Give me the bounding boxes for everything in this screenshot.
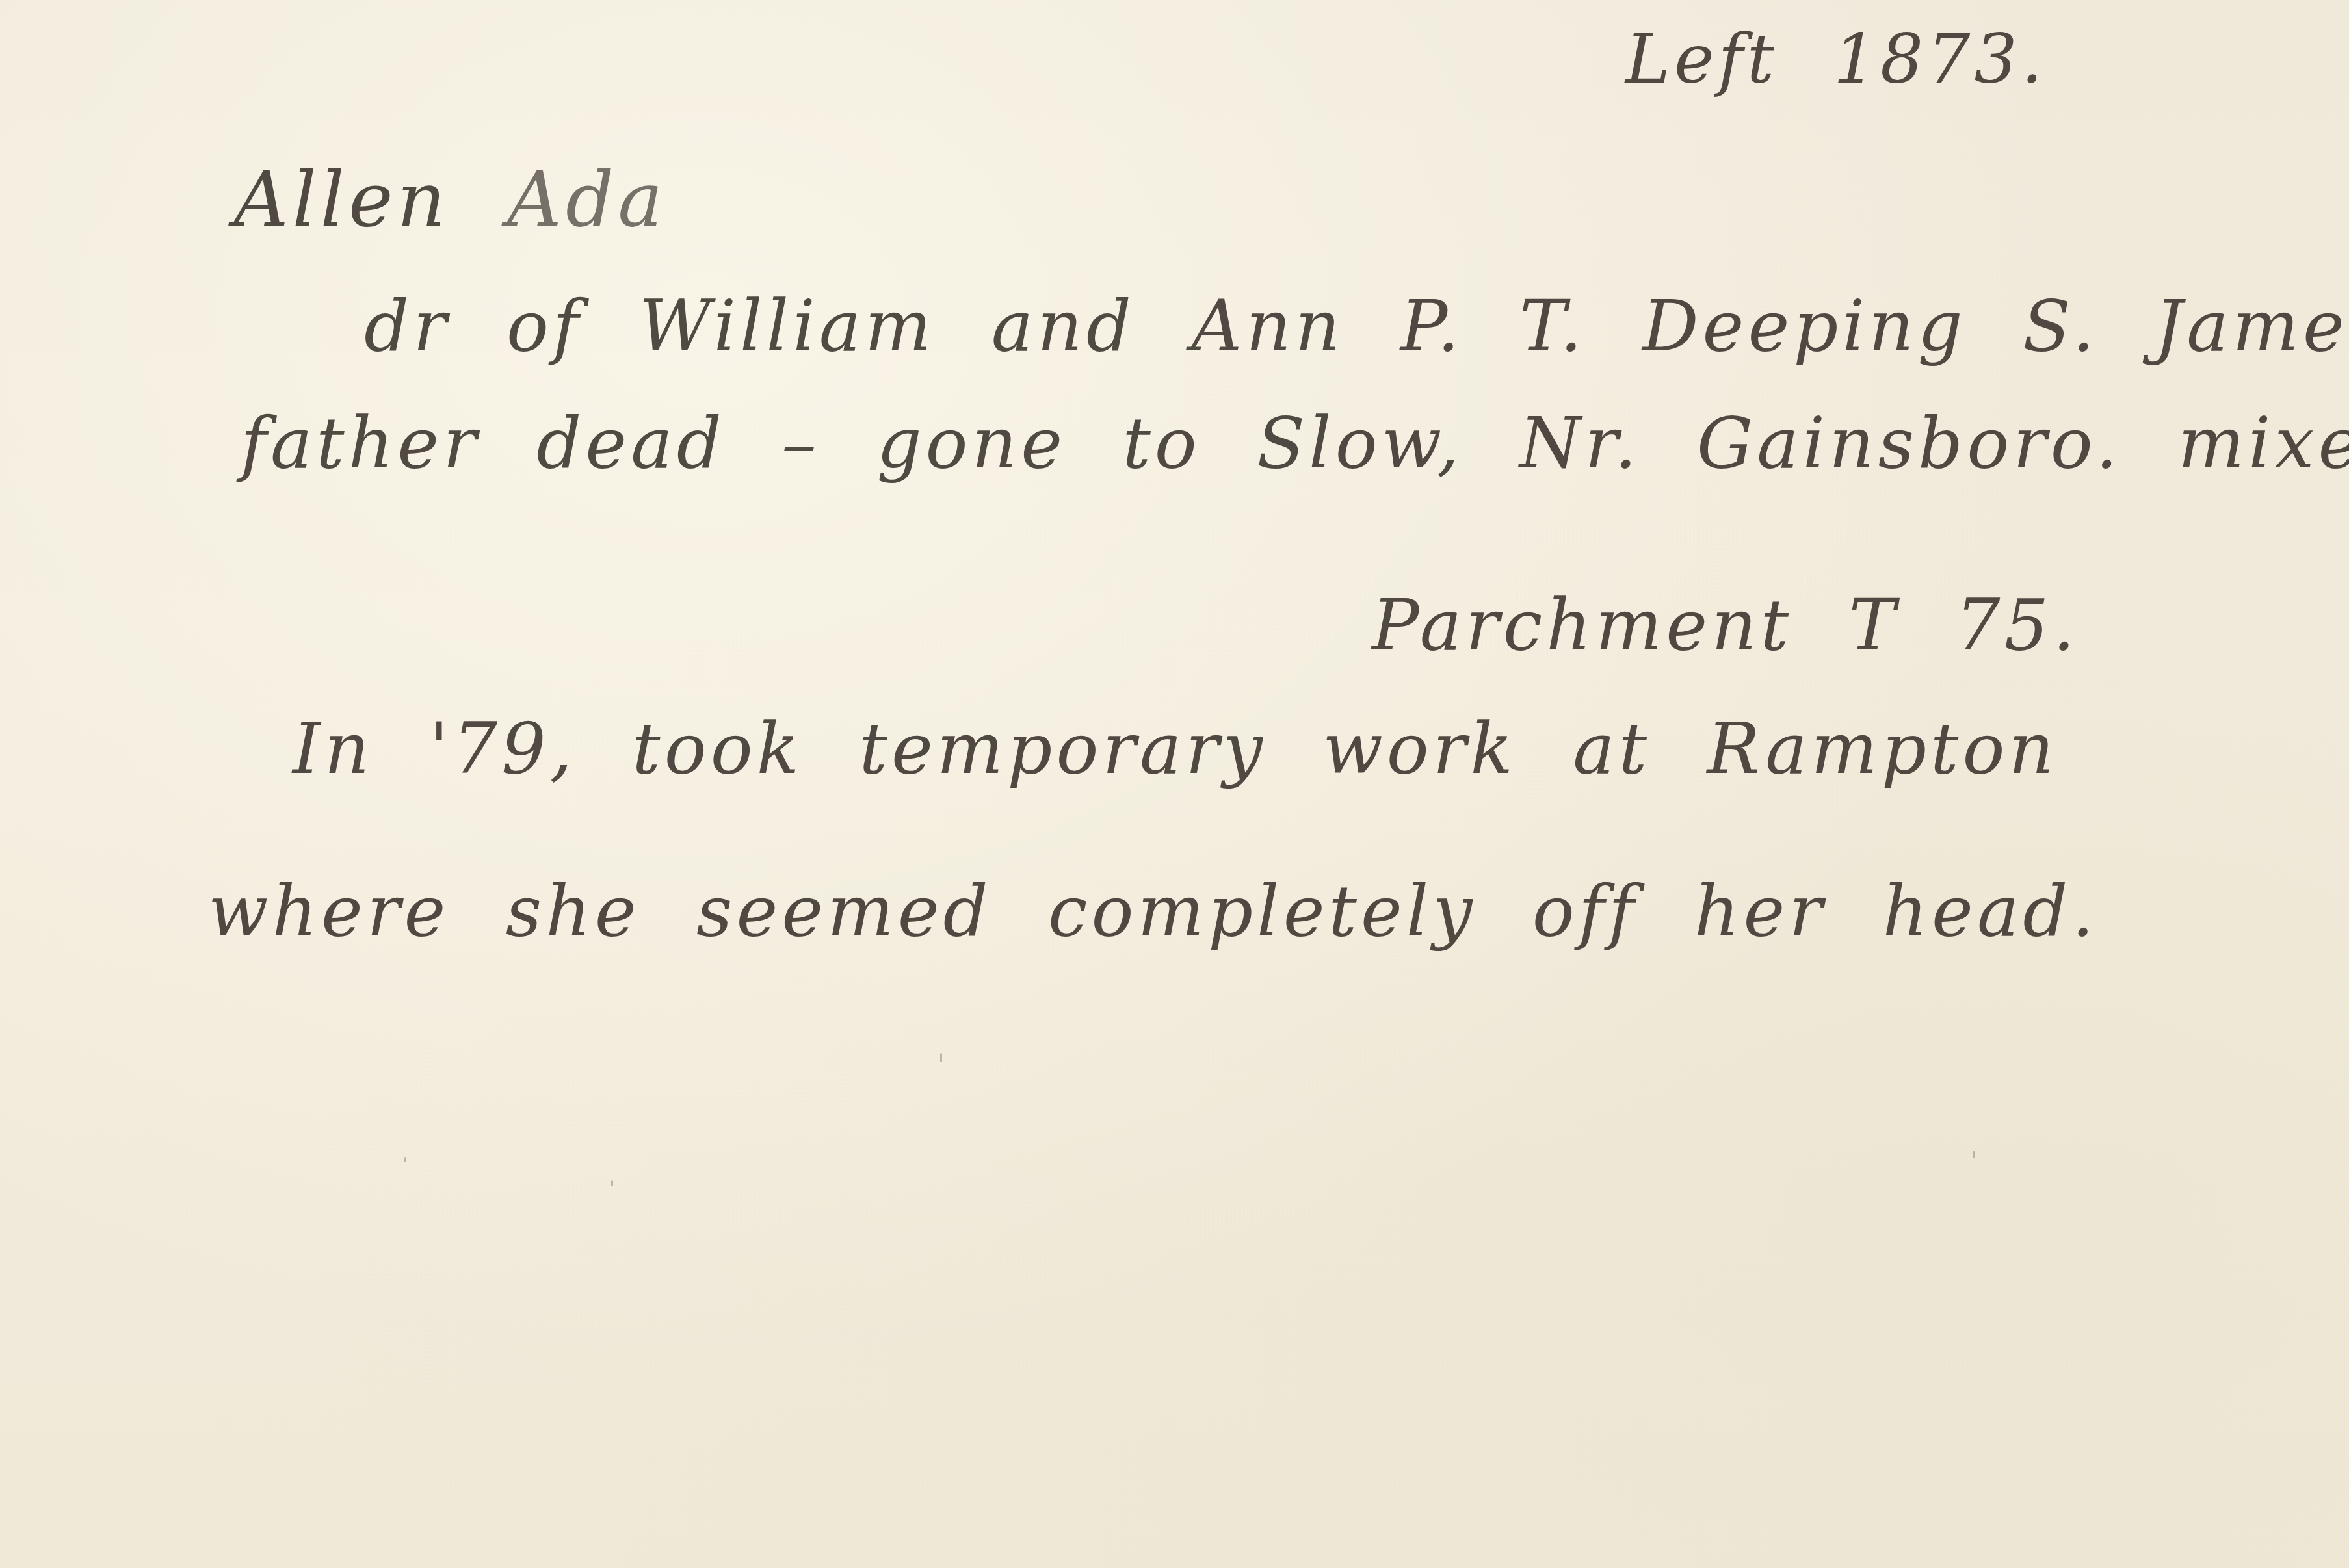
- left-date-note: Left 1873.: [1625, 20, 2047, 99]
- paper-speck: [940, 1053, 942, 1062]
- document-page: Left 1873. Allen Ada dr of William and A…: [0, 0, 2349, 1568]
- entry-name: Allen Ada: [234, 156, 666, 244]
- entry-line-rampton: In '79, took temporary work at Rampton: [293, 709, 2058, 790]
- entry-surname: Allen: [234, 156, 449, 244]
- paper-speck: [404, 1157, 406, 1162]
- entry-forename: Ada: [507, 156, 666, 244]
- entry-line-parents: dr of William and Ann P. T. Deeping S. J…: [364, 286, 2349, 367]
- entry-line-father: father dead – gone to Slow, Nr. Gainsbor…: [241, 403, 2349, 484]
- paper-speck: [1973, 1151, 1975, 1158]
- entry-line-condition: where she seemed completely off her head…: [208, 871, 2098, 952]
- paper-speck: [611, 1180, 613, 1186]
- entry-line-parchment: Parchment T 75.: [1372, 585, 2079, 666]
